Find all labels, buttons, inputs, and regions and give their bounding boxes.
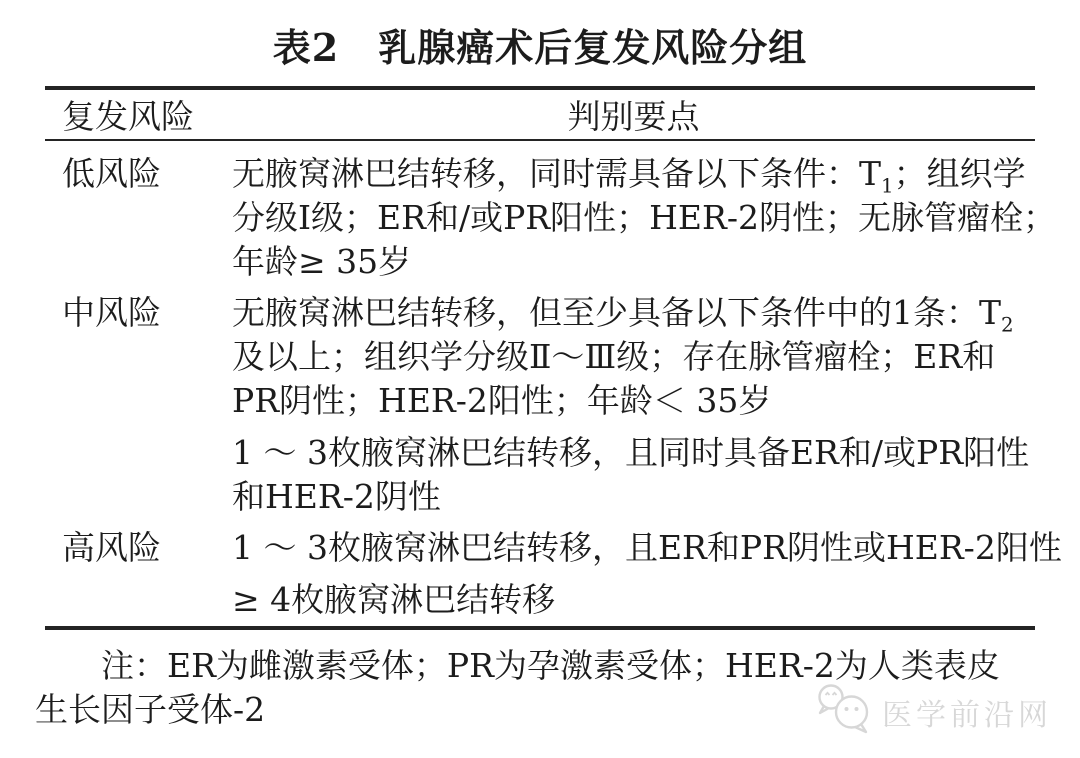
subscript: 2: [1001, 314, 1014, 337]
criteria-line: 分级Ⅰ级；ER和/或PR阳性；HER-2阴性；无脉管瘤栓；: [232, 196, 1056, 240]
wechat-bubbles-icon: [816, 682, 874, 742]
risk-table: 复发风险 判别要点 低风险无腋窝淋巴结转移，同时需具备以下条件：T1；组织学分级…: [45, 86, 1035, 630]
criteria-line: PR阴性；HER-2阳性；年龄＜ 35岁: [232, 379, 1035, 423]
criteria-paragraph: 无腋窝淋巴结转移，但至少具备以下条件中的1条：T2及以上；组织学分级Ⅱ～Ⅲ级；存…: [232, 291, 1035, 423]
criteria-line: ≥ 4枚腋窝淋巴结转移: [232, 578, 1062, 622]
subscript: 1: [881, 175, 894, 198]
table-header-row: 复发风险 判别要点: [45, 90, 1035, 139]
watermark-text: 医学前沿网: [882, 690, 1052, 734]
watermark: 医学前沿网: [816, 682, 1052, 742]
criteria-line: 年龄≥ 35岁: [232, 240, 1056, 284]
criteria-paragraph: 无腋窝淋巴结转移，同时需具备以下条件：T1；组织学分级Ⅰ级；ER和/或PR阳性；…: [232, 152, 1056, 284]
header-risk-column: 复发风险: [45, 91, 232, 138]
criteria-line: 无腋窝淋巴结转移，同时需具备以下条件：T1；组织学: [232, 152, 1056, 196]
header-points-column: 判别要点: [232, 91, 1035, 138]
table-title: 表2 乳腺癌术后复发风险分组: [0, 0, 1080, 72]
table-row: 高风险1 ～ 3枚腋窝淋巴结转移，且ER和PR阴性或HER-2阳性≥ 4枚腋窝淋…: [45, 526, 1035, 622]
table-body: 低风险无腋窝淋巴结转移，同时需具备以下条件：T1；组织学分级Ⅰ级；ER和/或PR…: [45, 141, 1035, 626]
criteria-line: 1 ～ 3枚腋窝淋巴结转移，且同时具备ER和/或PR阳性: [232, 431, 1035, 475]
criteria-paragraph: 1 ～ 3枚腋窝淋巴结转移，且ER和PR阴性或HER-2阳性: [232, 526, 1062, 570]
criteria-paragraph: 1 ～ 3枚腋窝淋巴结转移，且同时具备ER和/或PR阳性和HER-2阴性: [232, 431, 1035, 519]
table-row: 低风险无腋窝淋巴结转移，同时需具备以下条件：T1；组织学分级Ⅰ级；ER和/或PR…: [45, 152, 1035, 284]
criteria-cell: 无腋窝淋巴结转移，同时需具备以下条件：T1；组织学分级Ⅰ级；ER和/或PR阳性；…: [232, 152, 1056, 284]
criteria-line: 无腋窝淋巴结转移，但至少具备以下条件中的1条：T2: [232, 291, 1035, 335]
criteria-line: 及以上；组织学分级Ⅱ～Ⅲ级；存在脉管瘤栓；ER和: [232, 335, 1035, 379]
criteria-paragraph: ≥ 4枚腋窝淋巴结转移: [232, 578, 1062, 622]
table-row: 中风险无腋窝淋巴结转移，但至少具备以下条件中的1条：T2及以上；组织学分级Ⅱ～Ⅲ…: [45, 291, 1035, 519]
risk-label: 中风险: [45, 291, 232, 519]
criteria-line: 和HER-2阴性: [232, 475, 1035, 519]
criteria-cell: 无腋窝淋巴结转移，但至少具备以下条件中的1条：T2及以上；组织学分级Ⅱ～Ⅲ级；存…: [232, 291, 1035, 519]
risk-label: 高风险: [45, 526, 232, 622]
risk-label: 低风险: [45, 152, 232, 284]
table-bottom-rule: [45, 626, 1035, 630]
document-page: 表2 乳腺癌术后复发风险分组 复发风险 判别要点 低风险无腋窝淋巴结转移，同时需…: [0, 0, 1080, 758]
criteria-line: 1 ～ 3枚腋窝淋巴结转移，且ER和PR阴性或HER-2阳性: [232, 526, 1062, 570]
criteria-cell: 1 ～ 3枚腋窝淋巴结转移，且ER和PR阴性或HER-2阳性≥ 4枚腋窝淋巴结转…: [232, 526, 1062, 622]
